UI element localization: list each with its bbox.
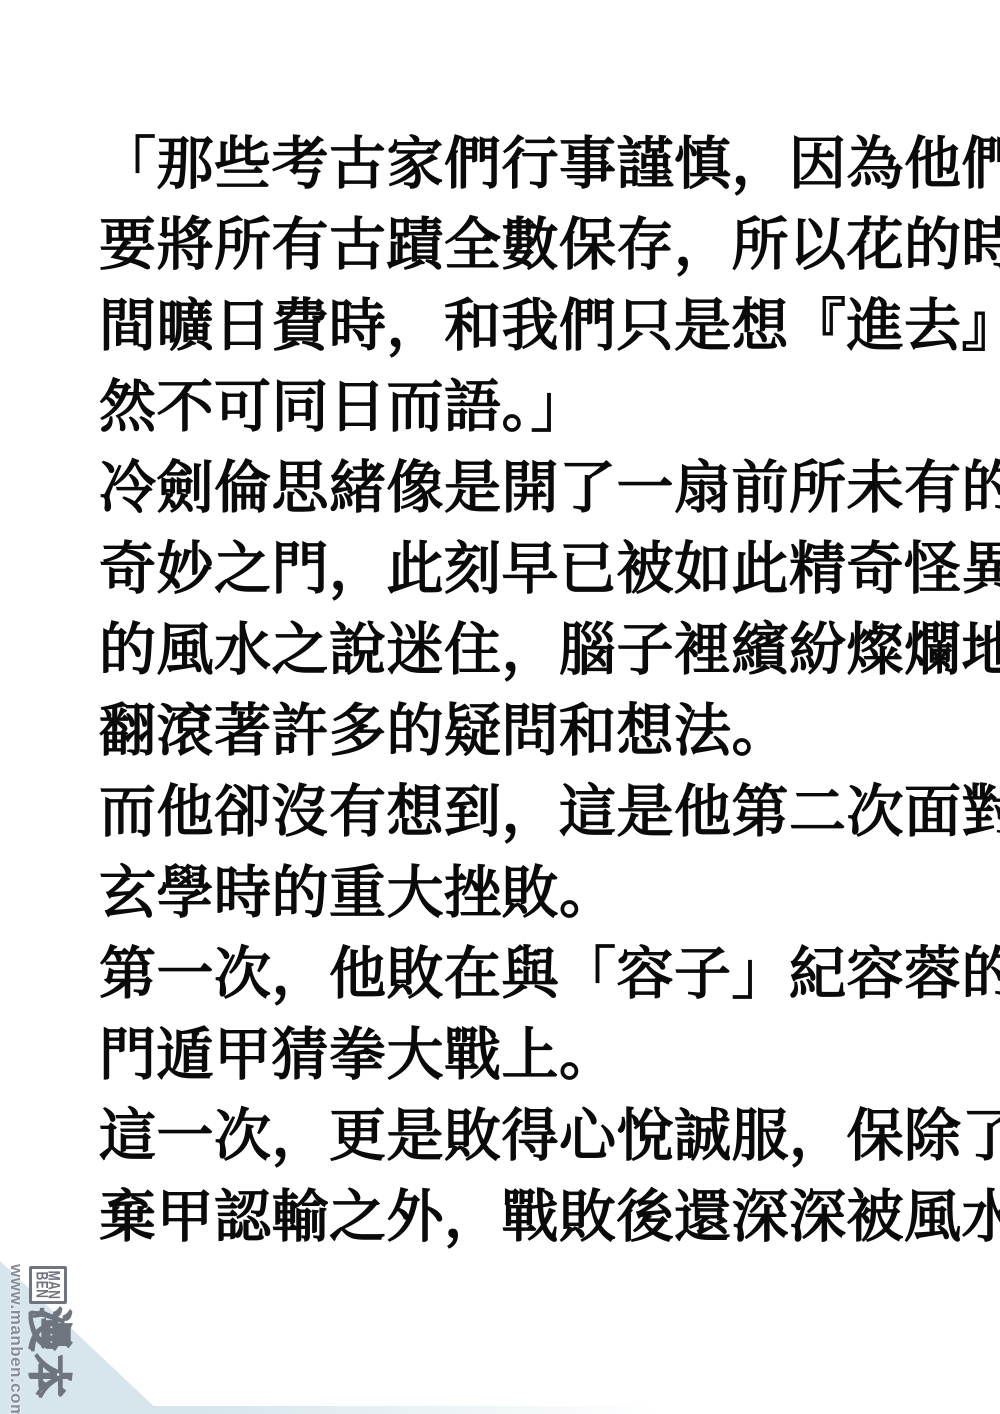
- novel-page: 「那些考古家們行事謹慎，因為他們 要將所有古蹟全數保存，所以花的時 間曠日費時，…: [0, 0, 1000, 1414]
- manben-emblem-icon: MAN BEN: [29, 1266, 67, 1304]
- emblem-word-bottom: BEN: [34, 1272, 50, 1299]
- text-line: 的風水之說迷住，腦子裡繽紛燦爛地: [99, 610, 979, 691]
- text-line: 間曠日費時，和我們只是想『進去』當: [99, 286, 979, 367]
- bottom-edge-strip-decoration: [0, 1406, 660, 1414]
- text-line: 奇妙之門，此刻早已被如此精奇怪異: [99, 529, 979, 610]
- text-line: 要將所有古蹟全數保存，所以花的時: [99, 205, 979, 286]
- watermark-site-url: www.manben.com: [6, 1264, 26, 1410]
- novel-text-block: 「那些考古家們行事謹慎，因為他們 要將所有古蹟全數保存，所以花的時 間曠日費時，…: [99, 124, 979, 1258]
- logo-character-ben: 本: [26, 1354, 70, 1398]
- text-line: 玄學時的重大挫敗。: [99, 853, 979, 934]
- text-line: 然不可同日而語。」: [99, 367, 979, 448]
- text-line: 門遁甲猜拳大戰上。: [99, 1015, 979, 1096]
- text-line: 冷劍倫思緒像是開了一扇前所未有的: [99, 448, 979, 529]
- text-line: 「那些考古家們行事謹慎，因為他們: [99, 124, 979, 205]
- manben-logo: MAN BEN 漫 本: [27, 1266, 69, 1408]
- text-line: 第一次，他敗在與「容子」紀容蓉的奇: [99, 934, 979, 1015]
- text-line: 這一次，更是敗得心悅誠服，保除了: [99, 1096, 979, 1177]
- text-line: 棄甲認輸之外，戰敗後還深深被風水: [99, 1177, 979, 1258]
- text-line: 而他卻沒有想到，這是他第二次面對: [99, 772, 979, 853]
- logo-character-man: 漫: [26, 1307, 70, 1351]
- text-line: 翻滾著許多的疑問和想法。: [99, 691, 979, 772]
